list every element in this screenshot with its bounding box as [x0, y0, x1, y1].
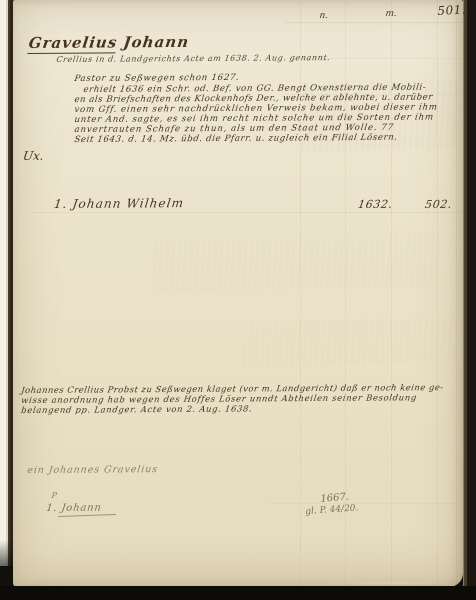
- ruled-line-horizontal: [30, 212, 463, 213]
- ink-bleedthrough: [150, 232, 441, 292]
- ruled-line-horizontal: [270, 503, 460, 504]
- margin-tally-mark: m.: [385, 9, 398, 19]
- page-stack-edge: [463, 0, 476, 600]
- entry-source-note: Crellius in d. Landgerichts Acte am 1638…: [56, 53, 331, 64]
- uxor-label: Ux.: [22, 149, 45, 163]
- entry-heading: Gravelius Johann: [28, 33, 191, 52]
- ruled-line-horizontal: [285, 22, 463, 23]
- scan-background: [0, 586, 476, 600]
- folio-number: 501.: [437, 2, 466, 17]
- margin-tally-mark: n.: [319, 11, 329, 21]
- child-entry-ref-folio: 502.: [424, 198, 453, 211]
- child-entry-name: 1. Johann Wilhelm: [53, 196, 185, 211]
- book-gutter-edge: [0, 0, 13, 566]
- entry-surname: Gravelius: [27, 33, 118, 54]
- entry-firstname: Johann: [122, 33, 190, 51]
- pencil-note: ein Johannes Gravelius: [27, 464, 159, 476]
- court-note-line: belangend pp. Landger. Acte von 2. Aug. …: [21, 403, 254, 415]
- bio-line: Pastor zu Seßwegen schon 1627.: [74, 73, 240, 84]
- page-curl-highlight: [320, 581, 450, 584]
- ink-bleedthrough: [240, 318, 456, 367]
- pencil-child-name: 1. Johann: [46, 503, 103, 514]
- child-entry-year: 1632.: [357, 198, 393, 211]
- scanned-manuscript-page: n. m. 501. Gravelius Johann Crellius in …: [0, 0, 476, 600]
